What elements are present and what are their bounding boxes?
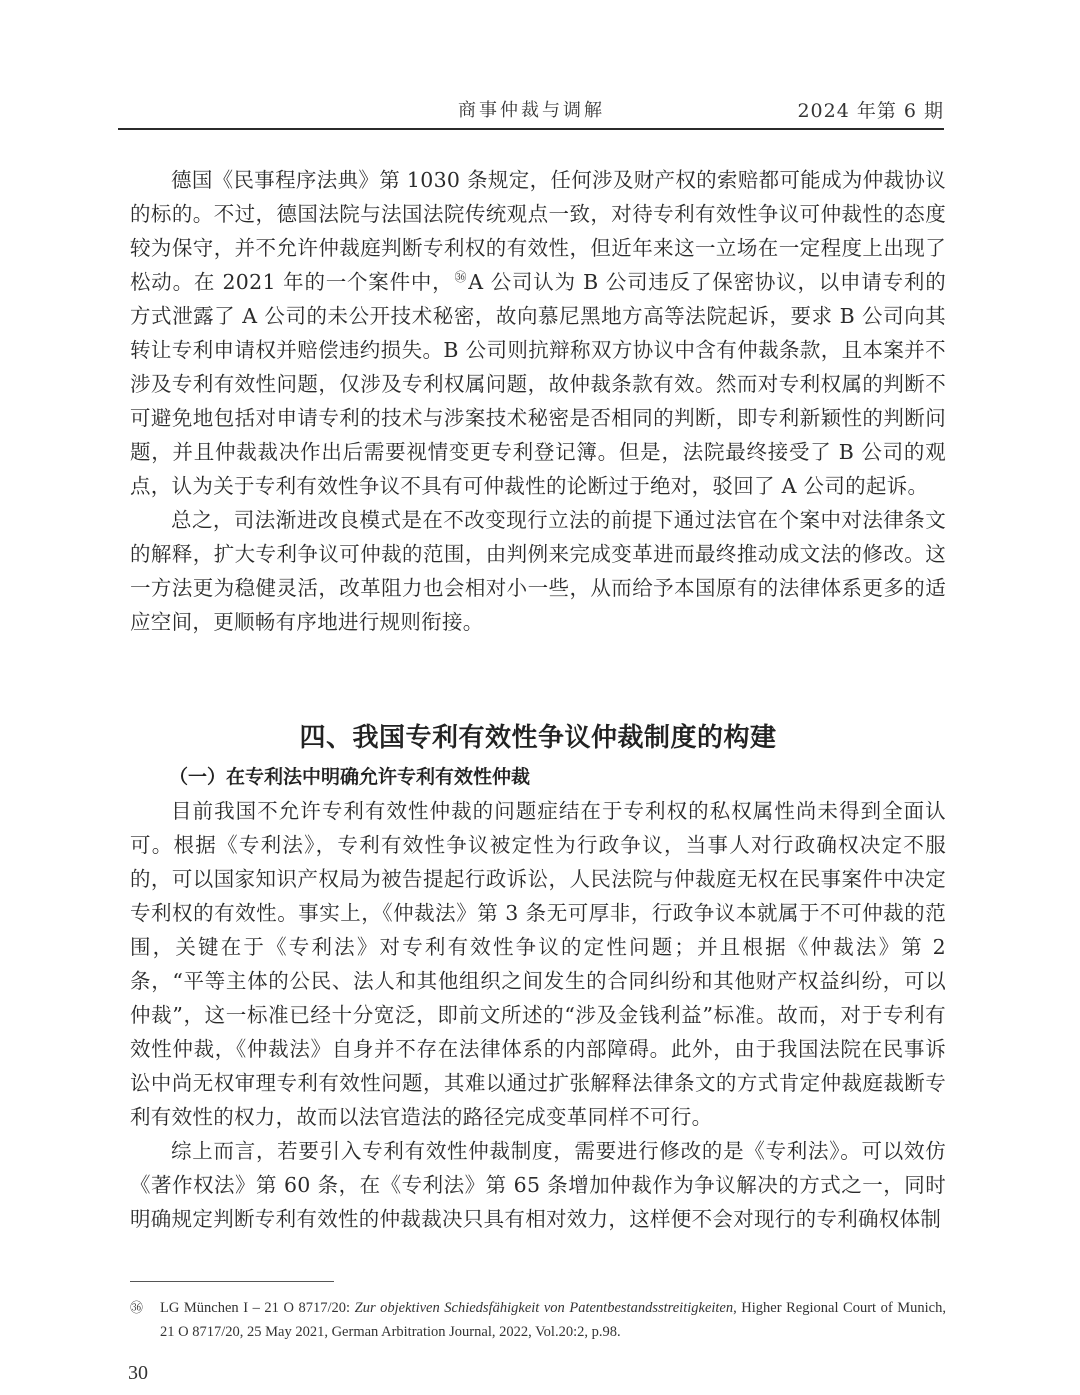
section-title: 四、我国专利有效性争议仲裁制度的构建: [130, 717, 946, 754]
subsection-title: （一）在专利法中明确允许专利有效性仲裁: [130, 760, 946, 794]
footnote-title-italic: Zur objektiven Schiedsfähigkeit von Pate…: [355, 1300, 734, 1316]
body-text-upper: 德国《民事程序法典》第 1030 条规定，任何涉及财产权的索赔都可能成为仲裁协议…: [130, 163, 946, 639]
paragraph-summary: 总之，司法渐进改良模式是在不改变现行立法的前提下通过法官在个案中对法律条文的解释…: [130, 503, 946, 639]
issue-label: 2024 年第 6 期: [797, 96, 944, 123]
footnote: ㊱ LG München I – 21 O 8717/20: Zur objek…: [130, 1296, 946, 1344]
paragraph-german-case: 德国《民事程序法典》第 1030 条规定，任何涉及财产权的索赔都可能成为仲裁协议…: [130, 163, 946, 503]
footnote-reference[interactable]: ㊱: [454, 270, 467, 284]
body-text-lower: （一）在专利法中明确允许专利有效性仲裁 目前我国不允许专利有效性仲裁的问题症结在…: [130, 760, 946, 1236]
footnote-rule: [130, 1281, 334, 1282]
footnote-text: LG München I – 21 O 8717/20: Zur objekti…: [160, 1296, 946, 1344]
running-header: 商事仲裁与调解 2024 年第 6 期: [118, 96, 944, 126]
journal-page: 商事仲裁与调解 2024 年第 6 期 德国《民事程序法典》第 1030 条规定…: [0, 0, 1080, 1395]
paragraph-proposal: 综上而言，若要引入专利有效性仲裁制度，需要进行修改的是《专利法》。可以效仿《著作…: [130, 1134, 946, 1236]
footnote-mark: ㊱: [130, 1296, 143, 1320]
page-number: 30: [128, 1362, 148, 1385]
paragraph-current-problem: 目前我国不允许专利有效性仲裁的问题症结在于专利权的私权属性尚未得到全面认可。根据…: [130, 794, 946, 1134]
journal-name: 商事仲裁与调解: [458, 96, 605, 122]
header-rule: [118, 128, 944, 130]
